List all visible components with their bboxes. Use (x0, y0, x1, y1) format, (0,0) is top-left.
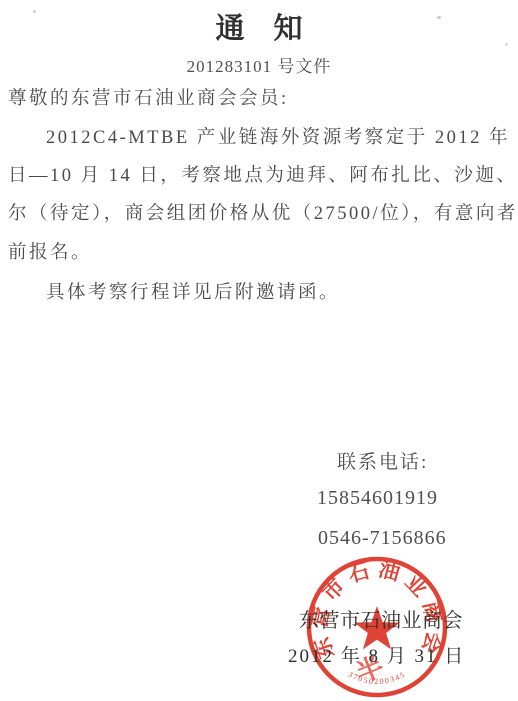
scan-noise-dot (437, 16, 441, 19)
signature-org: 东营市石油业商会 (299, 604, 463, 633)
body-line-4: 前报名。 (8, 238, 92, 264)
signature-date: 2012 年 8 月 31 日 (288, 641, 465, 668)
body-line-5: 具体考察行程详见后附邀请函。 (46, 278, 340, 304)
body-line-2: 日—10 月 14 日，考察地点为迪拜、阿布扎比、沙迦、卡塔 (8, 161, 518, 187)
scan-noise-dot (505, 43, 508, 46)
notice-document: 通 知 201283101 号文件 尊敬的东营市石油业商会会员: 2012C4-… (0, 0, 518, 701)
body-line-1: 2012C4-MTBE 产业链海外资源考察定于 2012 年 10 月 (46, 123, 518, 149)
contact-label: 联系电话: (337, 447, 428, 474)
scan-noise-dot (33, 10, 36, 13)
salutation-line: 尊敬的东营市石油业商会会员: (8, 84, 289, 110)
body-line-3: 尔（待定），商会组团价格从优（27500/位），有意向者可提 (8, 199, 518, 225)
contact-landline-number: 0546-7156866 (318, 527, 447, 550)
doc-number: 201283101 号文件 (0, 52, 518, 77)
contact-mobile-number: 15854601919 (317, 487, 438, 510)
notice-title: 通 知 (0, 6, 518, 47)
